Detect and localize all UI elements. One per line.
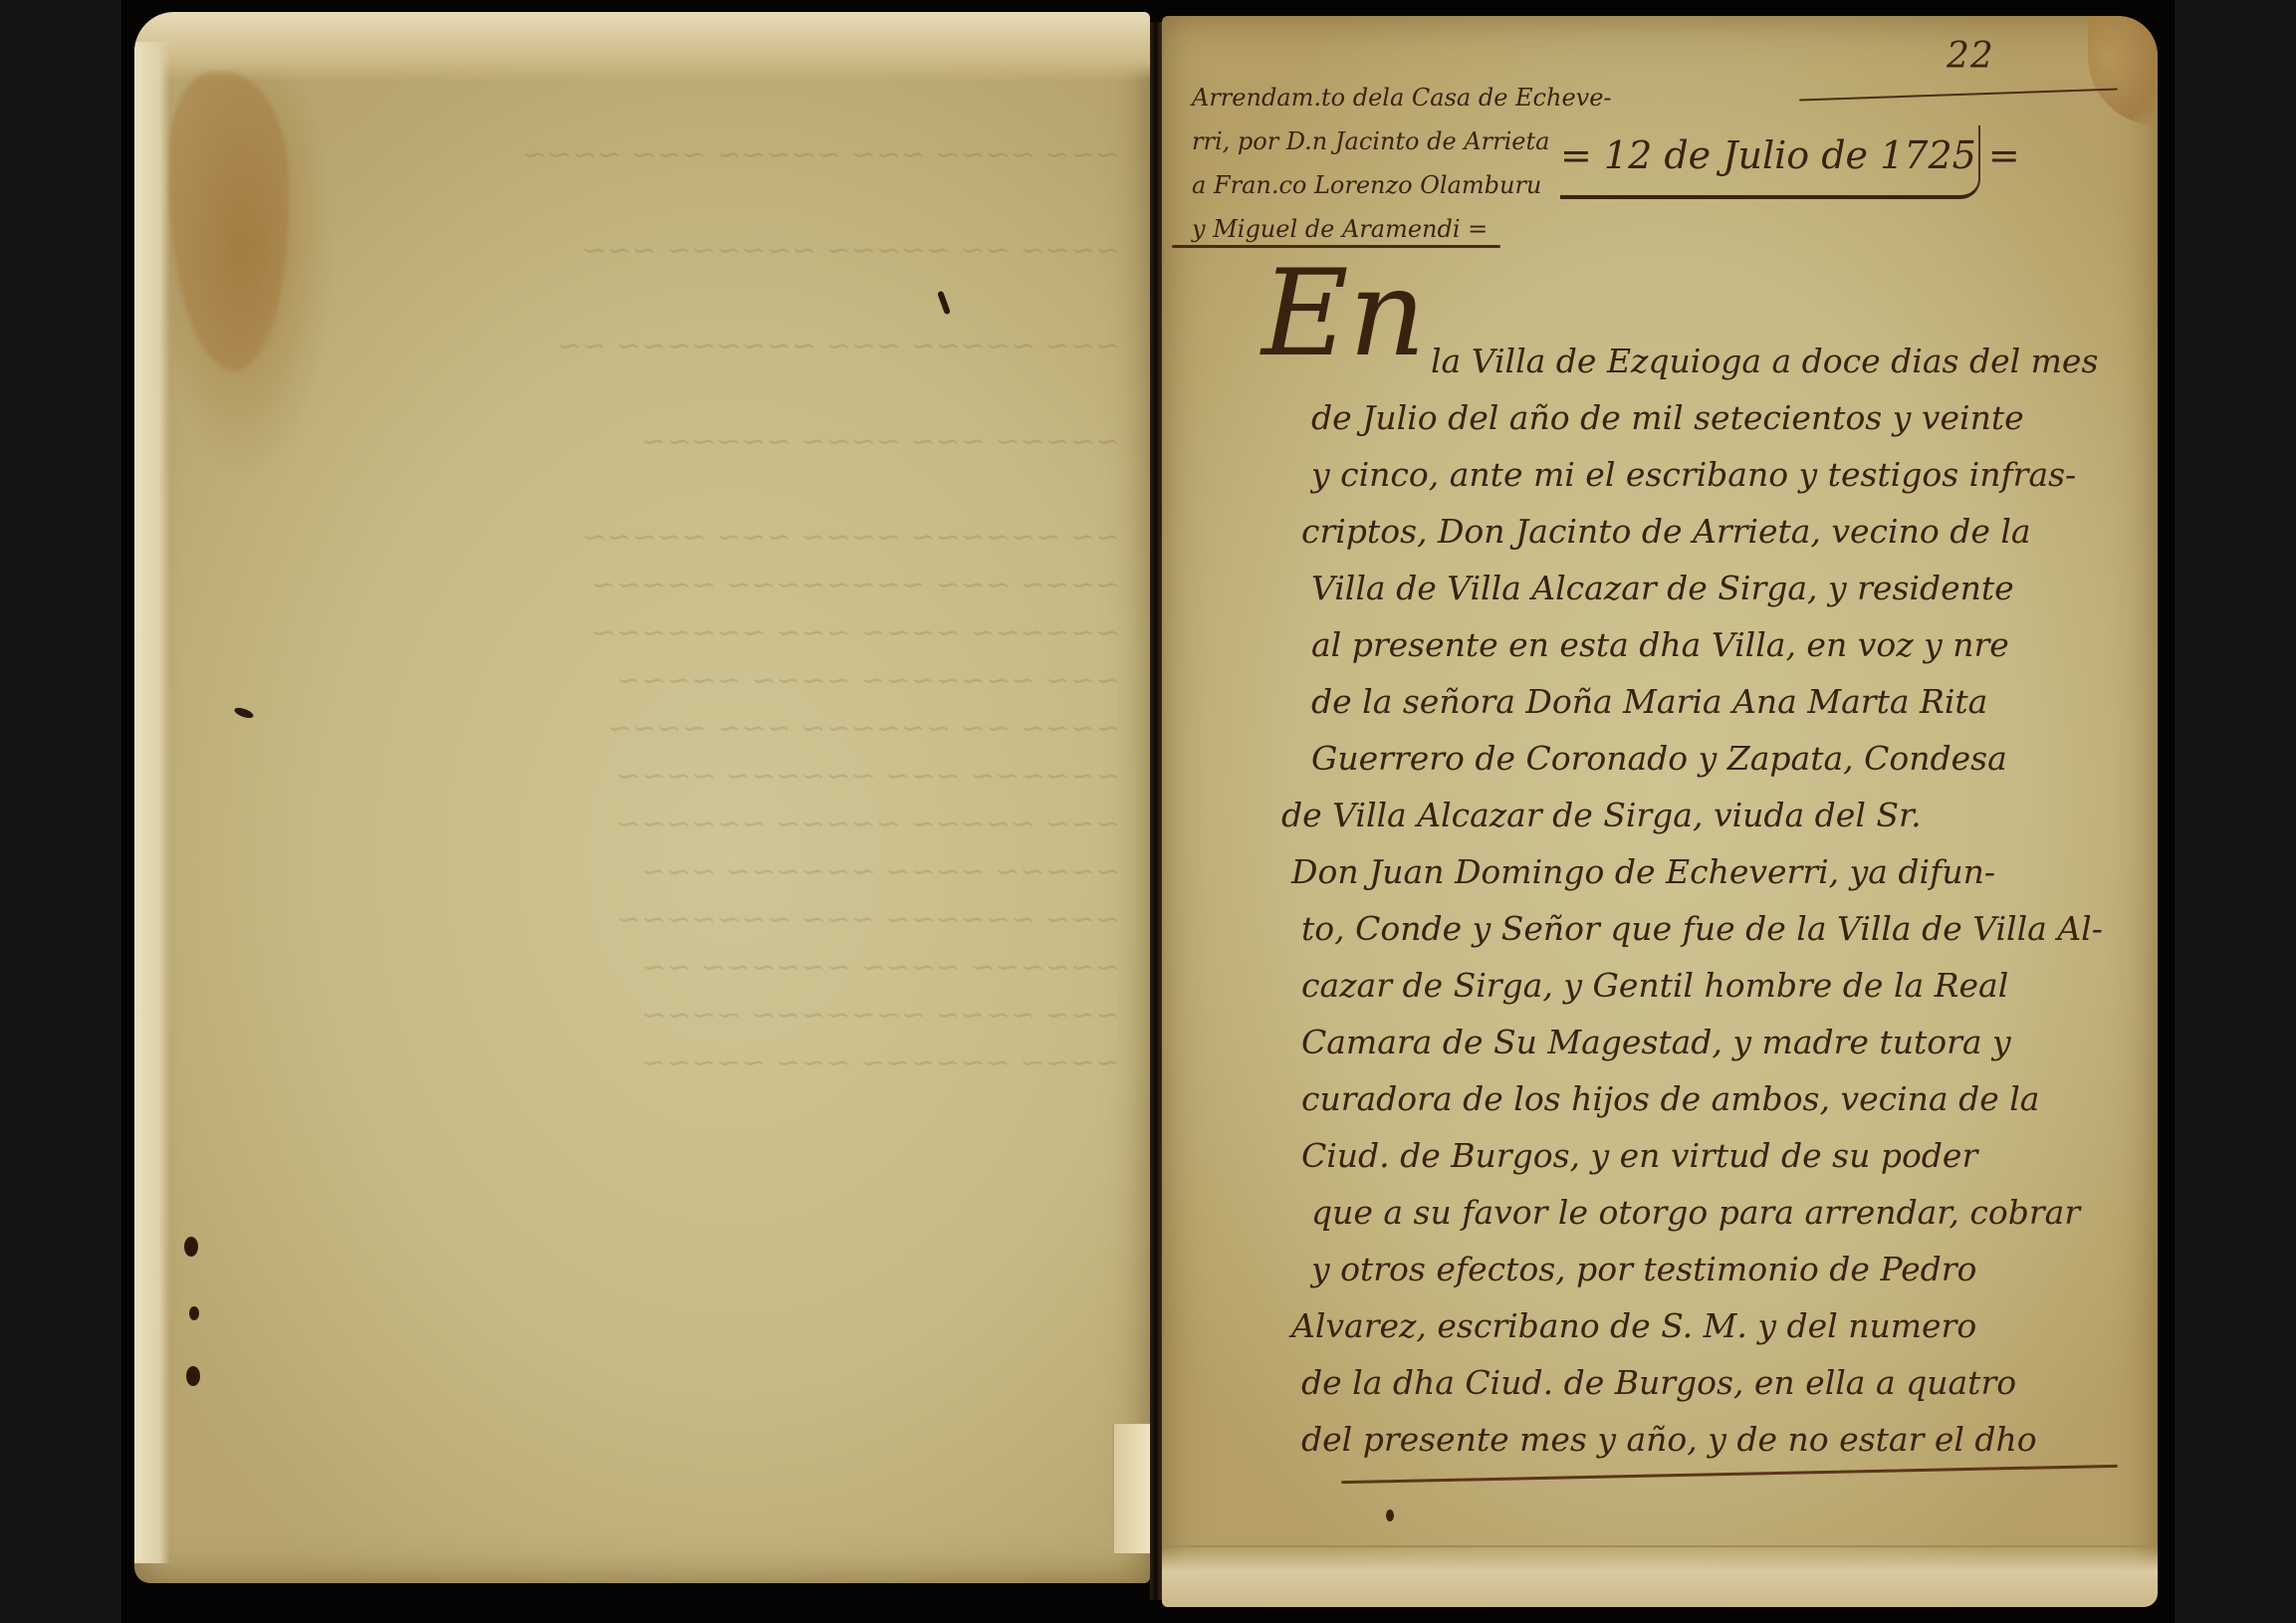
text-line: Ciud. de Burgos, y en virtud de su poder xyxy=(1242,1127,2118,1184)
ink-blot xyxy=(184,1237,198,1257)
folded-corner xyxy=(1112,1424,1150,1553)
date-box: = 12 de Julio de 1725 = xyxy=(1560,125,1980,199)
worn-bottom-edge xyxy=(1162,1545,2158,1607)
text-line: del presente mes y año, y de no estar el… xyxy=(1242,1411,2118,1468)
book-gutter xyxy=(1150,22,1162,1600)
text-line: Alvarez, escribano de S. M. y del numero xyxy=(1242,1297,2118,1354)
torn-top-edge xyxy=(134,12,1150,82)
left-page: ~~~ ~~~~ ~~~ ~~~~~ ~~~ ~~~~ ~~~~ ~~ ~~~~… xyxy=(134,12,1150,1583)
text-line: curadora de los hijos de ambos, vecina d… xyxy=(1242,1070,2118,1127)
ink-dot xyxy=(1386,1509,1394,1521)
text-line: criptos, Don Jacinto de Arrieta, vecino … xyxy=(1242,503,2118,560)
text-line: Villa de Villa Alcazar de Sirga, y resid… xyxy=(1242,560,2118,616)
folio-number: 22 xyxy=(1947,36,1994,77)
text-line: y cinco, ante mi el escribano y testigos… xyxy=(1242,446,2118,503)
text-line: to, Conde y Señor que fue de la Villa de… xyxy=(1242,900,2118,957)
ink-blot xyxy=(186,1366,200,1386)
text-line: cazar de Sirga, y Gentil hombre de la Re… xyxy=(1242,957,2118,1014)
text-line: al presente en esta dha Villa, en voz y … xyxy=(1242,616,2118,673)
worn-left-edge xyxy=(134,42,170,1563)
date-note: = 12 de Julio de 1725 = xyxy=(1560,133,2020,177)
ink-mark xyxy=(233,706,255,720)
text-line: y otros efectos, por testimonio de Pedro xyxy=(1242,1241,2118,1297)
text-line: la Villa de Ezquioga a doce dias del mes xyxy=(1242,333,2118,389)
folio-underline xyxy=(1799,88,2118,101)
ink-blot xyxy=(189,1306,199,1320)
text-line: de Julio del año de mil setecientos y ve… xyxy=(1242,389,2118,446)
text-line: Guerrero de Coronado y Zapata, Condesa xyxy=(1242,730,2118,787)
text-line: de Villa Alcazar de Sirga, viuda del Sr. xyxy=(1242,787,2118,843)
body-text: la Villa de Ezquioga a doce dias del mes… xyxy=(1242,333,2118,1468)
text-line: Camara de Su Magestad, y madre tutora y xyxy=(1242,1014,2118,1070)
margin-heading-line: Arrendam.to dela Casa de Echeve- xyxy=(1192,76,1729,119)
right-page: 22 Arrendam.to dela Casa de Echeve- rri,… xyxy=(1162,16,2158,1607)
text-line: Don Juan Domingo de Echeverri, ya difun- xyxy=(1242,843,2118,900)
text-line: que a su favor le otorgo para arrendar, … xyxy=(1242,1184,2118,1241)
text-line: de la señora Doña Maria Ana Marta Rita xyxy=(1242,673,2118,730)
show-through-text: ~~~ ~~~~ ~~~ ~~~~~ ~~~ ~~~~ ~~~~ ~~ ~~~~… xyxy=(363,131,1120,1087)
text-line: de la dha Ciud. de Burgos, en ella a qua… xyxy=(1242,1354,2118,1411)
curled-corner xyxy=(2088,16,2158,125)
water-stain xyxy=(169,72,289,370)
